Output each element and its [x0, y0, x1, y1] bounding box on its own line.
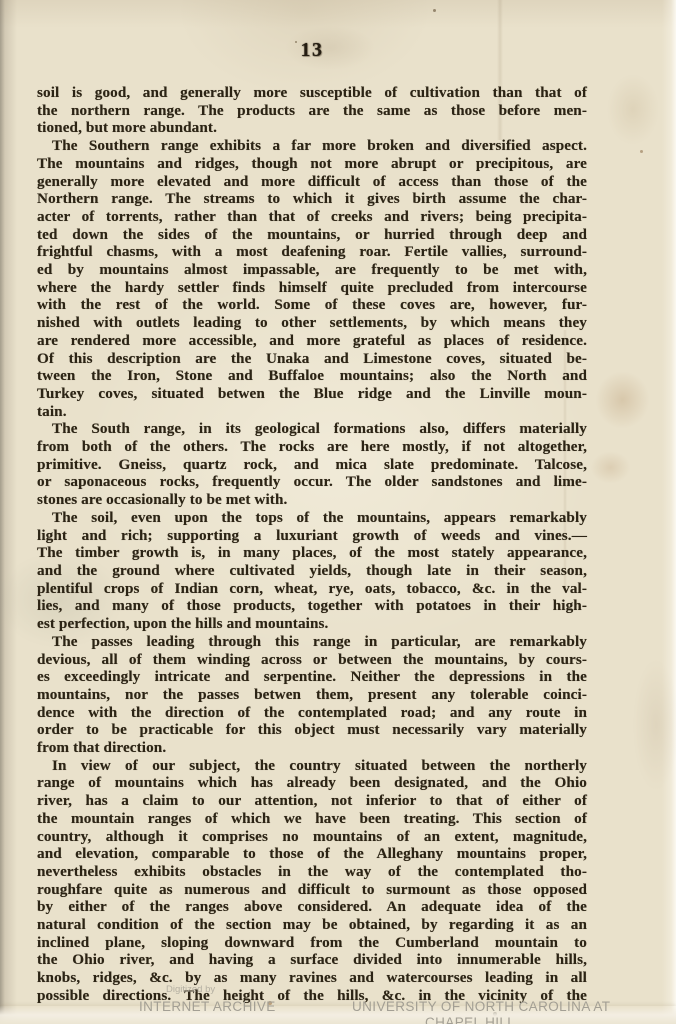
text-line: and the ground where cultivated yields, … [37, 562, 587, 580]
paragraph: The Southern range exhibits a far more b… [37, 137, 587, 420]
university-watermark-line2: CHAPEL HILL [425, 1015, 515, 1024]
paragraph: The soil, even upon the tops of the moun… [37, 509, 587, 633]
text-line: soil is good, and generally more suscept… [37, 84, 587, 102]
text-line: with the rest of the world. Some of thes… [37, 296, 587, 314]
text-line: acter of torrents, rather than that of c… [37, 208, 587, 226]
text-line: generally more elevated and more difficu… [37, 173, 587, 191]
paragraph: In view of our subject, the country situ… [37, 757, 587, 1005]
text-line: ted down the sides of the mountains, or … [37, 226, 587, 244]
text-line: frightful chasms, with a most deafening … [37, 243, 587, 261]
text-line: mountains, nor the passes betwen them, p… [37, 686, 587, 704]
text-line: and elevation, comparable to those of th… [37, 845, 587, 863]
text-line: The timber growth is, in many places, of… [37, 544, 587, 562]
text-line: dence with the direction of the contempl… [37, 704, 587, 722]
text-line: natural condition of the section may be … [37, 916, 587, 934]
text-line: Northern range. The streams to which it … [37, 190, 587, 208]
text-line: tioned, but more abundant. [37, 119, 587, 137]
digitized-by-watermark: Digitized by [166, 984, 215, 995]
text-line: The South range, in its geological forma… [37, 420, 587, 438]
text-line: est perfection, upon the hills and mount… [37, 615, 587, 633]
text-line: river, has a claim to our attention, not… [37, 792, 587, 810]
text-line: nevertheless exhibits obstacles in the w… [37, 863, 587, 881]
paper-stain [626, 640, 676, 810]
text-line: devious, all of them winding across or b… [37, 651, 587, 669]
text-line: roughfare quite as numerous and difficul… [37, 881, 587, 899]
text-line: the northern range. The products are the… [37, 102, 587, 120]
text-line: tain. [37, 403, 587, 421]
text-line: stones are occasionally to be met with. [37, 491, 587, 509]
text-line: tween the Iron, Stone and Buffaloe mount… [37, 367, 587, 385]
text-line: order to be practicable for this object … [37, 721, 587, 739]
text-line: country, although it comprises no mounta… [37, 828, 587, 846]
scanned-book-page: 13 soil is good, and generally more susc… [0, 0, 676, 1024]
text-line: The soil, even upon the tops of the moun… [37, 509, 587, 527]
text-line: are rendered more accessible, and more g… [37, 332, 587, 350]
text-line: knobs, ridges, &c. by as many ravines an… [37, 969, 587, 987]
paper-stain [585, 360, 660, 440]
university-watermark-line1: UNIVERSITY OF NORTH CAROLINA AT [352, 999, 610, 1014]
text-line: nished with outlets leading to other set… [37, 314, 587, 332]
text-line: The mountains and ridges, though not mor… [37, 155, 587, 173]
text-line: or saponaceous rocks, frequently occur. … [37, 473, 587, 491]
text-line: from both of the others. The rocks are h… [37, 438, 587, 456]
text-line: Of this description are the Unaka and Li… [37, 350, 587, 368]
text-block: soil is good, and generally more suscept… [37, 84, 587, 1005]
text-line: es exceedingly intricate and serpentine.… [37, 668, 587, 686]
paragraph: soil is good, and generally more suscept… [37, 84, 587, 137]
paper-speck [640, 150, 643, 153]
text-line: by either of the ranges above considered… [37, 898, 587, 916]
text-line: the mountain ranges of which we have bee… [37, 810, 587, 828]
text-line: where the hardy settler finds himself qu… [37, 279, 587, 297]
text-line: light and rich; supporting a luxuriant g… [37, 527, 587, 545]
text-line: from that direction. [37, 739, 587, 757]
paper-stain [598, 62, 668, 157]
text-line: lies, and many of those products, togeth… [37, 597, 587, 615]
page-number: 13 [37, 39, 587, 62]
paper-speck [295, 41, 297, 43]
text-line: the Ohio river, and having a surface div… [37, 951, 587, 969]
text-line: inclined plane, sloping downward from th… [37, 934, 587, 952]
paper-stain [583, 445, 638, 490]
text-line: The Southern range exhibits a far more b… [37, 137, 587, 155]
text-line: ed by mountains almost impassable, are f… [37, 261, 587, 279]
text-line: The passes leading through this range in… [37, 633, 587, 651]
text-line: In view of our subject, the country situ… [37, 757, 587, 775]
paragraph: The South range, in its geological forma… [37, 420, 587, 509]
text-line: primitive. Gneiss, quartz rock, and mica… [37, 456, 587, 474]
paper-speck [433, 9, 436, 12]
text-line: range of mountains which has already bee… [37, 774, 587, 792]
text-line: plentiful crops of Indian corn, wheat, r… [37, 580, 587, 598]
text-line: Turkey coves, situated betwen the Blue r… [37, 385, 587, 403]
internet-archive-watermark: INTERNET ARCHIVE [139, 999, 276, 1014]
paragraph: The passes leading through this range in… [37, 633, 587, 757]
